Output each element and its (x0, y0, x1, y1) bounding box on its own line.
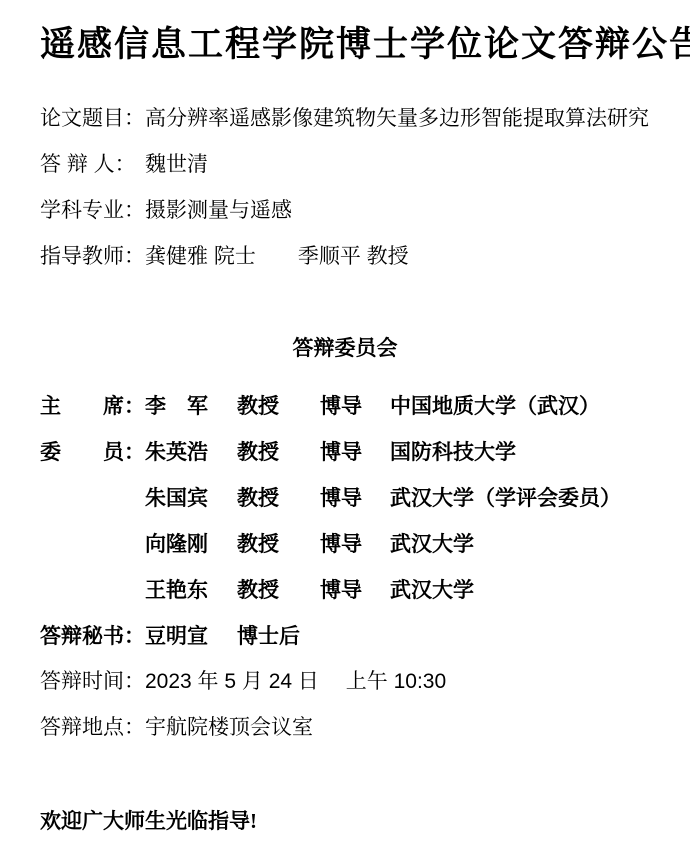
committee-role: 委 员： (40, 429, 145, 475)
defense-location-label: 答辩地点： (40, 705, 145, 751)
committee-member-advisor: 博导 (320, 383, 390, 429)
thesis-title-line: 论文题目：高分辨率遥感影像建筑物矢量多边形智能提取算法研究 (40, 96, 650, 142)
info-section: 论文题目：高分辨率遥感影像建筑物矢量多边形智能提取算法研究 答 辩 人：魏世清 … (40, 96, 650, 280)
defender-line: 答 辩 人：魏世清 (40, 142, 650, 188)
schedule-section: 答辩时间：2023 年 5 月 24 日 上午 10:30 答辩地点：宇航院楼顶… (40, 659, 650, 751)
supervisor-value: 龚健雅 院士 季顺平 教授 (145, 245, 409, 268)
committee-member-title: 教授 (237, 383, 320, 429)
defense-time-label: 答辩时间： (40, 659, 145, 705)
defender-label: 答 辩 人： (40, 142, 145, 188)
committee-member-title: 教授 (237, 475, 320, 521)
committee-row-member: 朱国宾教授博导武汉大学（学评会委员） (40, 475, 650, 521)
committee-member-advisor: 博导 (320, 475, 390, 521)
welcome-message: 欢迎广大师生光临指导! (40, 798, 650, 844)
committee-member-title: 教授 (237, 567, 320, 613)
committee-member-affiliation: 武汉大学 (390, 578, 474, 602)
committee-member-title: 教授 (237, 521, 320, 567)
announcement-page: 遥感信息工程学院博士学位论文答辩公告 论文题目：高分辨率遥感影像建筑物矢量多边形… (0, 0, 690, 852)
secretary-name: 豆明宣 (145, 613, 237, 659)
defense-location-line: 答辩地点：宇航院楼顶会议室 (40, 705, 650, 751)
thesis-title-value: 高分辨率遥感影像建筑物矢量多边形智能提取算法研究 (145, 107, 649, 130)
committee-member-name: 朱英浩 (145, 429, 237, 475)
committee-member-advisor: 博导 (320, 429, 390, 475)
committee-role: 主 席： (40, 383, 145, 429)
committee-member-advisor: 博导 (320, 567, 390, 613)
secretary-line: 答辩秘书：豆明宣博士后 (40, 613, 650, 659)
supervisor-label: 指导教师： (40, 234, 145, 280)
committee-row-member: 向隆刚教授博导武汉大学 (40, 521, 650, 567)
committee-member-name: 王艳东 (145, 567, 237, 613)
committee-rows: 主 席：李 军教授博导中国地质大学（武汉） 委 员：朱英浩教授博导国防科技大学 … (40, 383, 650, 613)
secretary-title: 博士后 (237, 624, 300, 648)
secretary-label: 答辩秘书： (40, 613, 145, 659)
page-title: 遥感信息工程学院博士学位论文答辩公告 (40, 22, 650, 68)
major-line: 学科专业：摄影测量与遥感 (40, 188, 650, 234)
thesis-title-label: 论文题目： (40, 96, 145, 142)
committee-member-affiliation: 武汉大学（学评会委员） (390, 486, 621, 510)
committee-heading: 答辩委员会 (40, 325, 650, 371)
committee-member-name: 李 军 (145, 383, 237, 429)
committee-member-name: 朱国宾 (145, 475, 237, 521)
committee-row-member: 委 员：朱英浩教授博导国防科技大学 (40, 429, 650, 475)
major-value: 摄影测量与遥感 (145, 199, 292, 222)
committee-member-affiliation: 中国地质大学（武汉） (390, 394, 600, 418)
defense-time-line: 答辩时间：2023 年 5 月 24 日 上午 10:30 (40, 659, 650, 705)
committee-member-advisor: 博导 (320, 521, 390, 567)
committee-member-name: 向隆刚 (145, 521, 237, 567)
committee-row-chair: 主 席：李 军教授博导中国地质大学（武汉） (40, 383, 650, 429)
defense-time-value: 2023 年 5 月 24 日 上午 10:30 (145, 670, 446, 693)
committee-member-affiliation: 国防科技大学 (390, 440, 516, 464)
defender-value: 魏世清 (145, 153, 208, 176)
supervisor-line: 指导教师：龚健雅 院士 季顺平 教授 (40, 234, 650, 280)
defense-location-value: 宇航院楼顶会议室 (145, 716, 313, 739)
committee-member-affiliation: 武汉大学 (390, 532, 474, 556)
committee-member-title: 教授 (237, 429, 320, 475)
committee-section: 答辩委员会 主 席：李 军教授博导中国地质大学（武汉） 委 员：朱英浩教授博导国… (40, 325, 650, 659)
committee-row-member: 王艳东教授博导武汉大学 (40, 567, 650, 613)
major-label: 学科专业： (40, 188, 145, 234)
